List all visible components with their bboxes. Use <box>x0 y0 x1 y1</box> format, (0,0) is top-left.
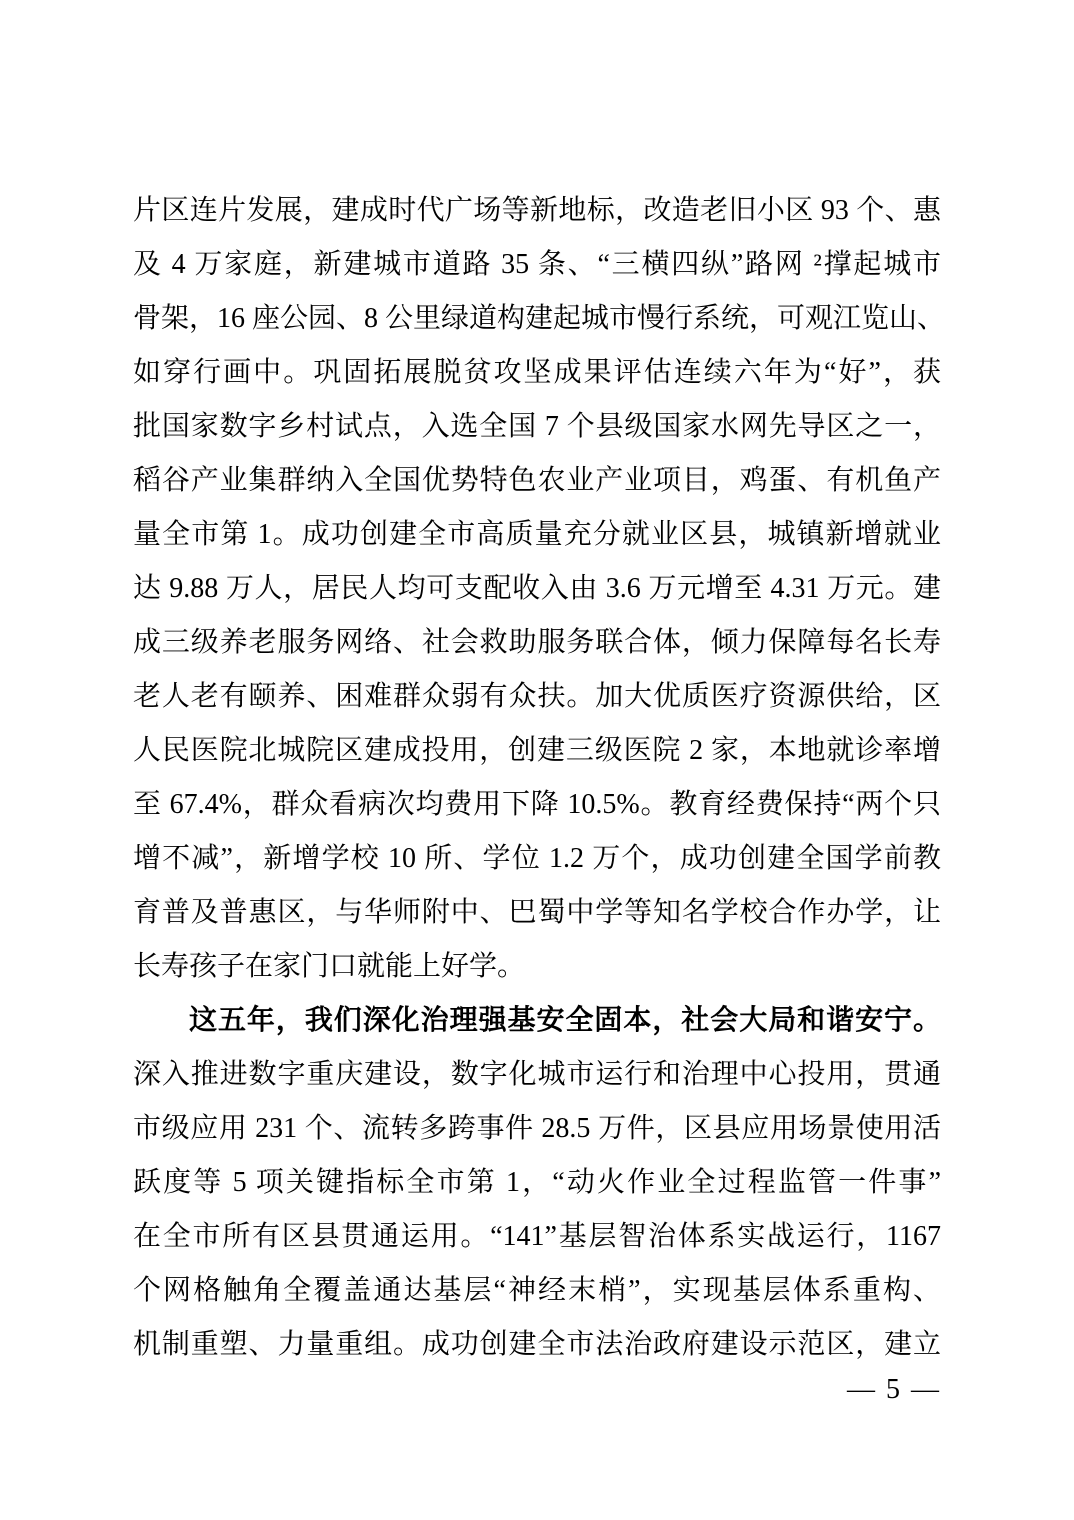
text-line: 机制重塑、力量重组。成功创建全市法治政府建设示范区，建立 <box>133 1318 941 1372</box>
text-line: 老人老有颐养、困难群众弱有众扶。加大优质医疗资源供给，区 <box>133 670 941 724</box>
text-line: 长寿孩子在家门口就能上好学。 <box>133 940 941 994</box>
text-line: 个网格触角全覆盖通达基层“神经末梢”，实现基层体系重构、 <box>133 1264 941 1318</box>
text-line: 育普及普惠区，与华师附中、巴蜀中学等知名学校合作办学，让 <box>133 886 941 940</box>
text-line: 跃度等 5 项关键指标全市第 1，“动火作业全过程监管一件事” <box>133 1156 941 1210</box>
text-line: 达 9.88 万人，居民人均可支配收入由 3.6 万元增至 4.31 万元。建 <box>133 562 941 616</box>
text-line: 这五年，我们深化治理强基安全固本，社会大局和谐安宁。 <box>133 994 941 1048</box>
text-line: 在全市所有区县贯通运用。“141”基层智治体系实战运行，1167 <box>133 1210 941 1264</box>
text-line: 增不减”，新增学校 10 所、学位 1.2 万个，成功创建全国学前教 <box>133 832 941 886</box>
text-line: 片区连片发展，建成时代广场等新地标，改造老旧小区 93 个、惠 <box>133 184 941 238</box>
page-footer: — 5 — <box>133 1372 941 1408</box>
text-line: 至 67.4%，群众看病次均费用下降 10.5%。教育经费保持“两个只 <box>133 778 941 832</box>
text-line: 批国家数字乡村试点，入选全国 7 个县级国家水网先导区之一， <box>133 400 941 454</box>
text-line: 深入推进数字重庆建设，数字化城市运行和治理中心投用，贯通 <box>133 1048 941 1102</box>
text-line: 稻谷产业集群纳入全国优势特色农业产业项目，鸡蛋、有机鱼产 <box>133 454 941 508</box>
text-line: 如穿行画中。巩固拓展脱贫攻坚成果评估连续六年为“好”，获 <box>133 346 941 400</box>
report-body: 片区连片发展，建成时代广场等新地标，改造老旧小区 93 个、惠及 4 万家庭，新… <box>133 184 941 1372</box>
document-page: 片区连片发展，建成时代广场等新地标，改造老旧小区 93 个、惠及 4 万家庭，新… <box>0 0 1074 1520</box>
text-line: 市级应用 231 个、流转多跨事件 28.5 万件，区县应用场景使用活 <box>133 1102 941 1156</box>
page-number: — 5 — <box>847 1374 941 1405</box>
text-line: 人民医院北城院区建成投用，创建三级医院 2 家，本地就诊率增 <box>133 724 941 778</box>
text-line: 成三级养老服务网络、社会救助服务联合体，倾力保障每名长寿 <box>133 616 941 670</box>
text-line: 及 4 万家庭，新建城市道路 35 条、“三横四纵”路网 ²撑起城市 <box>133 238 941 292</box>
text-line: 骨架，16 座公园、8 公里绿道构建起城市慢行系统，可观江览山、 <box>133 292 941 346</box>
text-line: 量全市第 1。成功创建全市高质量充分就业区县，城镇新增就业 <box>133 508 941 562</box>
